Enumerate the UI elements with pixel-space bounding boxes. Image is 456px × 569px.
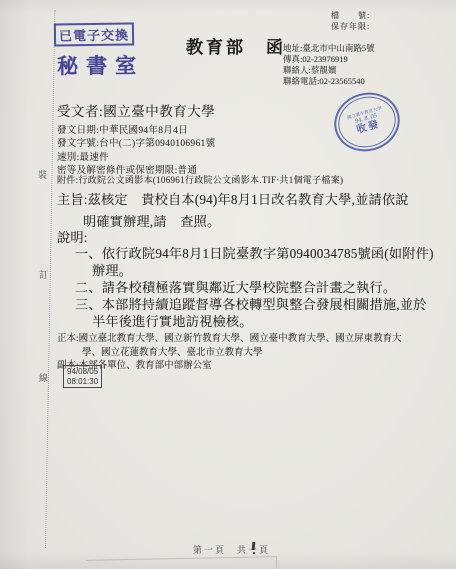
secretariat-stamp: 秘書室	[57, 50, 144, 81]
agency-address: 地址:臺北市中山南路5號	[283, 43, 375, 54]
page-number: 第一頁 共一頁	[193, 543, 270, 556]
original-copy-line-1: 正本:國立臺北教育大學、國立新竹教育大學、國立臺中教育大學、國立屏東教育大	[57, 330, 402, 344]
timestamp-date: 94/08/05	[67, 367, 98, 377]
agency-fax: 傳真:02-23976919	[283, 54, 375, 65]
speed-line: 速別:最速件	[57, 149, 109, 163]
scanned-official-letter: 裝 訂 線 已電子交換 秘書室 教育部 函 檔 號: 保存年限: 地址:臺北市中…	[0, 0, 456, 569]
margin-mark-zhuang: 裝	[38, 168, 47, 181]
timestamp-time: 08:01:30	[67, 377, 98, 387]
doc-number-line: 發文字號:台中(二)字第0940106961號	[57, 135, 215, 149]
original-copy-line-2: 學、國立花蓮教育大學、臺北市立教育大學	[82, 344, 263, 358]
document-title: 教育部 函	[186, 33, 286, 58]
margin-mark-ding: 訂	[39, 268, 48, 281]
attachment-line: 附件:行政院公文函影本(106961行政院公文函影本.TIF‧共1個電子檔案)	[57, 173, 343, 186]
subject-line-1: 主旨:茲核定 貴校自本(94)年8月1日改名教育大學,並請依說	[57, 189, 409, 208]
exchange-timestamp-box: 94/08/05 08:01:30	[63, 365, 102, 388]
ink-dot	[253, 552, 255, 554]
recipient-line: 受文者:國立臺中教育大學	[57, 100, 215, 120]
receipt-stamp-inner: 國立臺中教育大學 94. 8. 05 收發	[332, 90, 402, 154]
underlying-page-edge	[86, 556, 277, 569]
receipt-stamp: 國立臺中教育大學 94. 8. 05 收發	[327, 85, 406, 159]
agency-contact-person: 聯絡人:蔡靚嬪	[283, 65, 375, 76]
file-number-label: 檔 號:	[331, 11, 370, 22]
agency-phone: 聯絡電話:02-23565540	[283, 76, 375, 87]
margin-mark-xian: 線	[39, 371, 48, 384]
file-number-block: 檔 號: 保存年限:	[331, 11, 370, 32]
explanation-item3-line2: 半年後進行實地訪視檢核。	[92, 311, 253, 330]
subject-line-2: 明確實辦理,請 查照。	[83, 211, 220, 230]
retention-label: 保存年限:	[331, 22, 370, 33]
electronic-exchange-stamp: 已電子交換	[54, 22, 134, 46]
agency-contact-block: 地址:臺北市中山南路5號 傳真:02-23976919 聯絡人:蔡靚嬪 聯絡電話…	[283, 43, 375, 87]
issue-date-line: 發文日期:中華民國94年8月4日	[57, 122, 188, 136]
